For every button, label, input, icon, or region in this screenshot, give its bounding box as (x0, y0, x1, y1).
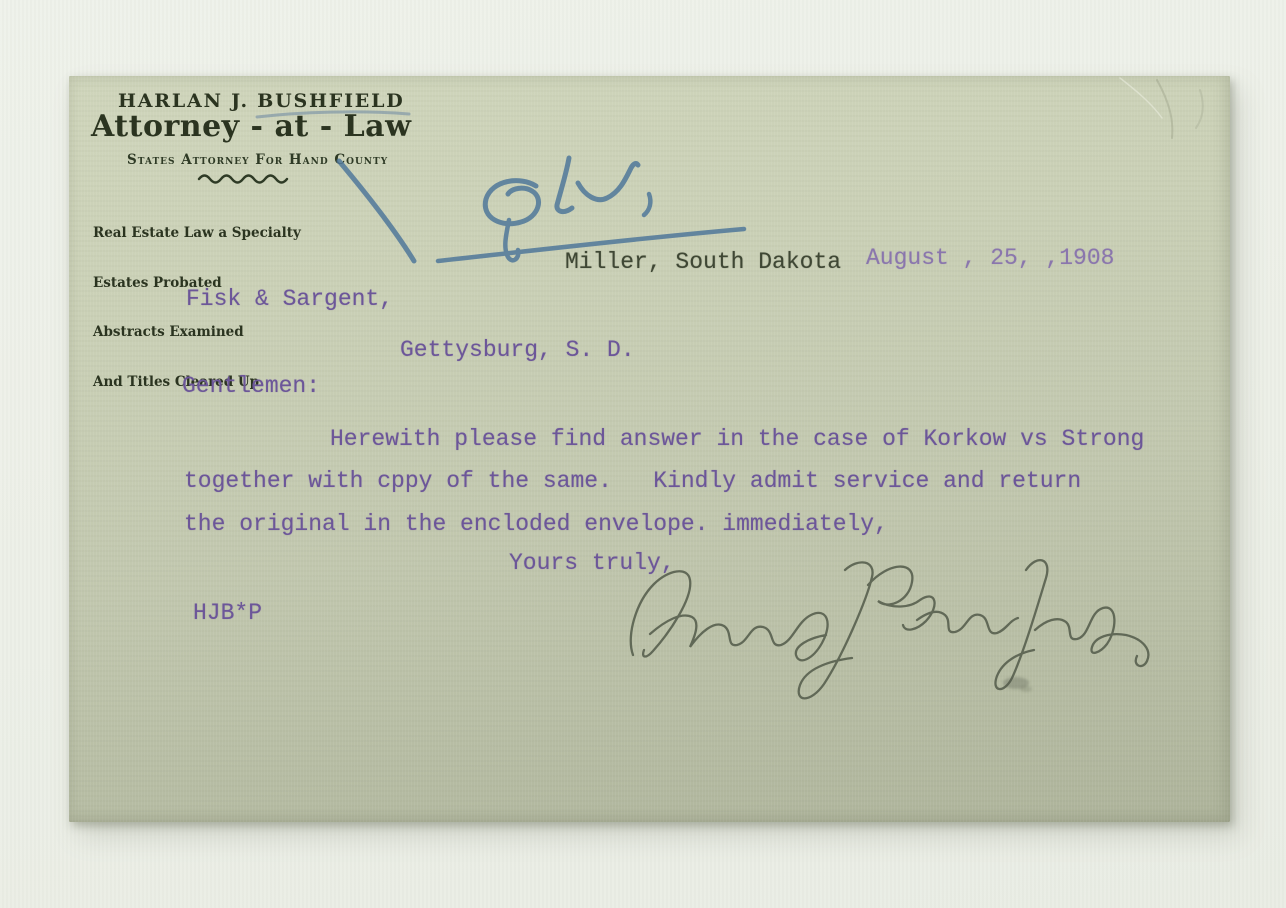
typist-reference: HJB*P (193, 600, 262, 626)
letterhead-service-item: Abstracts Examined (93, 324, 301, 341)
letterhead-service-item: Real Estate Law a Specialty (93, 225, 301, 242)
salutation: Gentlemen: (182, 373, 320, 399)
letterhead-subtitle: States Attorney For Hand County (127, 152, 388, 168)
dateline-place: Miller, South Dakota (565, 249, 841, 275)
recipient-name: Fisk & Sargent, (186, 286, 393, 312)
dateline-date: August , 25, ,1908 (866, 245, 1114, 271)
body-line: Herewith please find answer in the case … (330, 426, 1144, 452)
recipient-city: Gettysburg, S. D. (400, 337, 635, 363)
scanned-letter-photo: HARLAN J. BUSHFIELD Attorney - at - Law … (0, 0, 1286, 908)
body-line: together with cppy of the same. Kindly a… (184, 468, 1081, 494)
letterhead-title: Attorney - at - Law (91, 109, 411, 144)
body-line: the original in the encloded envelope. i… (184, 511, 888, 537)
closing: Yours truly, (509, 550, 675, 576)
